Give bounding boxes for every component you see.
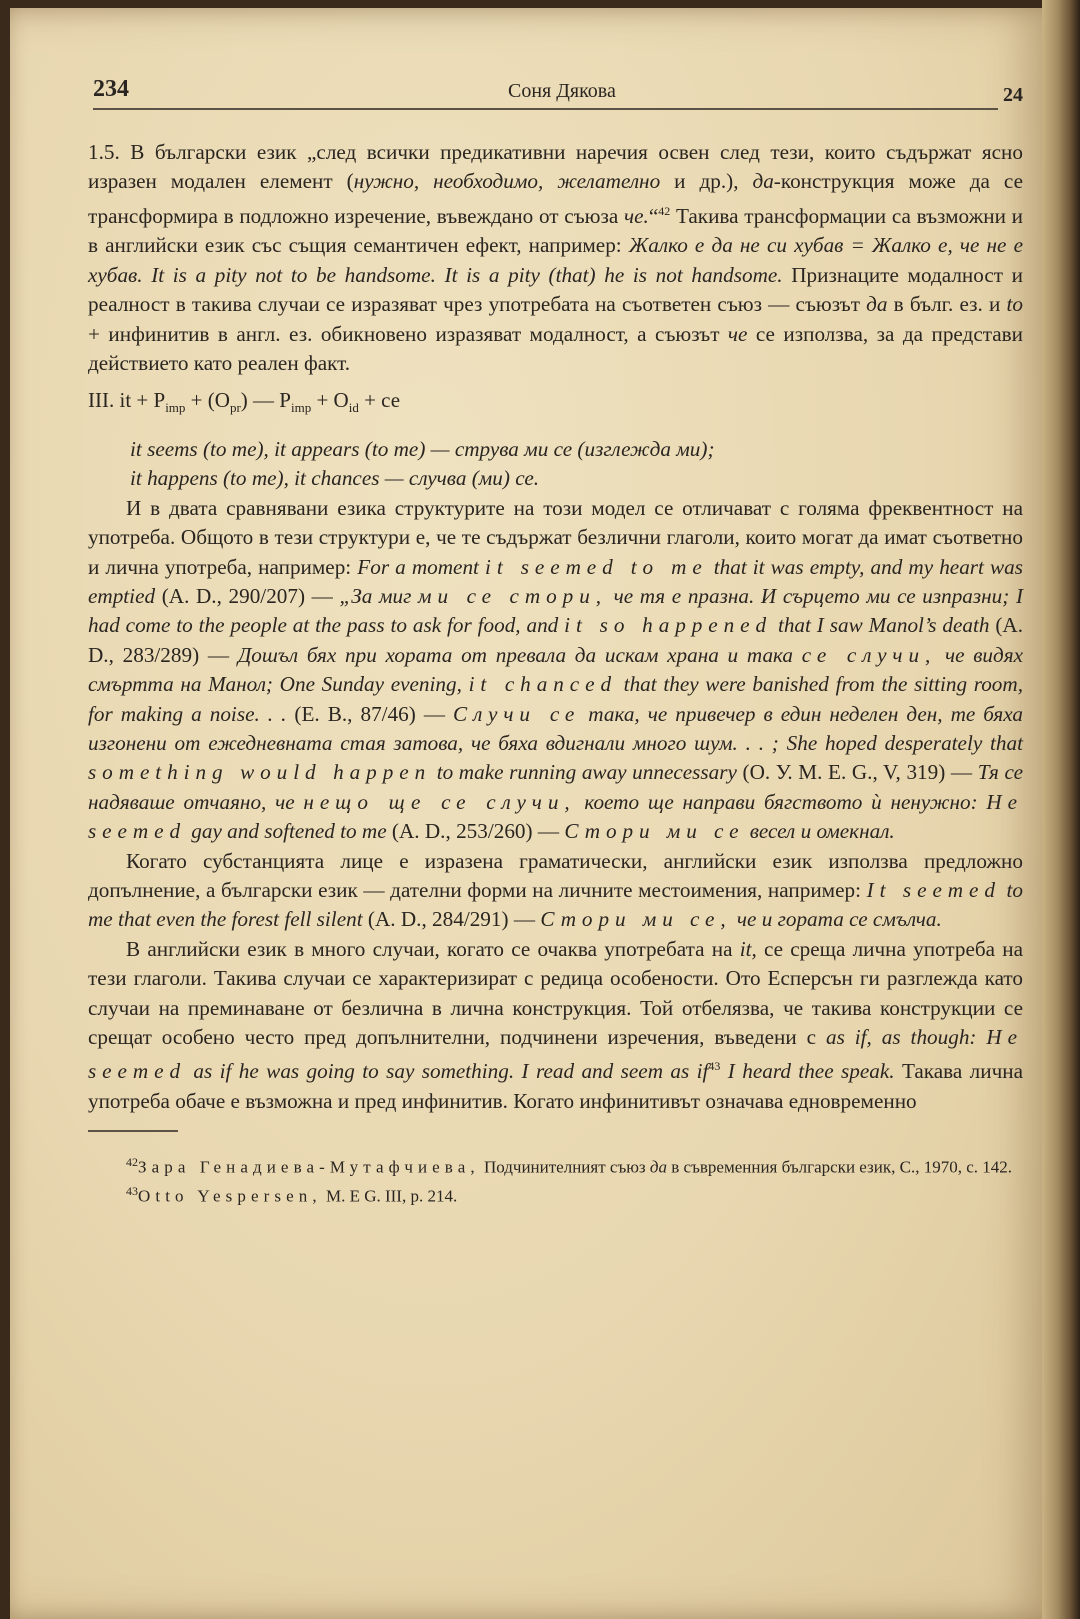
footnote-43: 43Otto Yespersen, M. E G. III, p. 214. [88, 1179, 1023, 1209]
running-title: Соня Дякова [508, 80, 616, 103]
paragraph: И в двата сравнявани езика структурите н… [88, 494, 1023, 847]
section-label: 1.5. [88, 140, 120, 164]
footnote-ref-42: 42 [658, 204, 670, 218]
page-body: 1.5. В български език „след всички преди… [88, 138, 1023, 1209]
page-header: 234 Соня Дякова 24 [88, 76, 1023, 116]
footnote-42: 42Зара Генадиева-Мутафчиева, Подчинителн… [88, 1150, 1023, 1180]
book-page: 234 Соня Дякова 24 1.5. В български език… [10, 8, 1055, 1619]
example-line: it happens (to me), it chances — случва … [130, 464, 1023, 493]
footnotes: 42Зара Генадиева-Мутафчиева, Подчинителн… [88, 1150, 1023, 1209]
header-rule [93, 108, 998, 110]
model-examples: it seems (to me), it appears (to me) — с… [88, 435, 1023, 494]
footnote-ref-43: 43 [708, 1059, 720, 1073]
example-line: it seems (to me), it appears (to me) — с… [130, 435, 1023, 464]
page-number: 234 [93, 76, 129, 103]
paragraph: В английски език в много случаи, когато … [88, 935, 1023, 1117]
section-1-5-paragraph: 1.5. В български език „след всички преди… [88, 138, 1023, 378]
page-number-right: 24 [1003, 84, 1023, 107]
footnote-rule [88, 1130, 178, 1132]
book-spine-shadow [1042, 0, 1080, 1619]
model-formula: III. it + Pimp + (Opr) — Pimp + Oid + се [88, 386, 1023, 423]
paragraph: Когато субстанцията лице е изразена грам… [88, 847, 1023, 935]
